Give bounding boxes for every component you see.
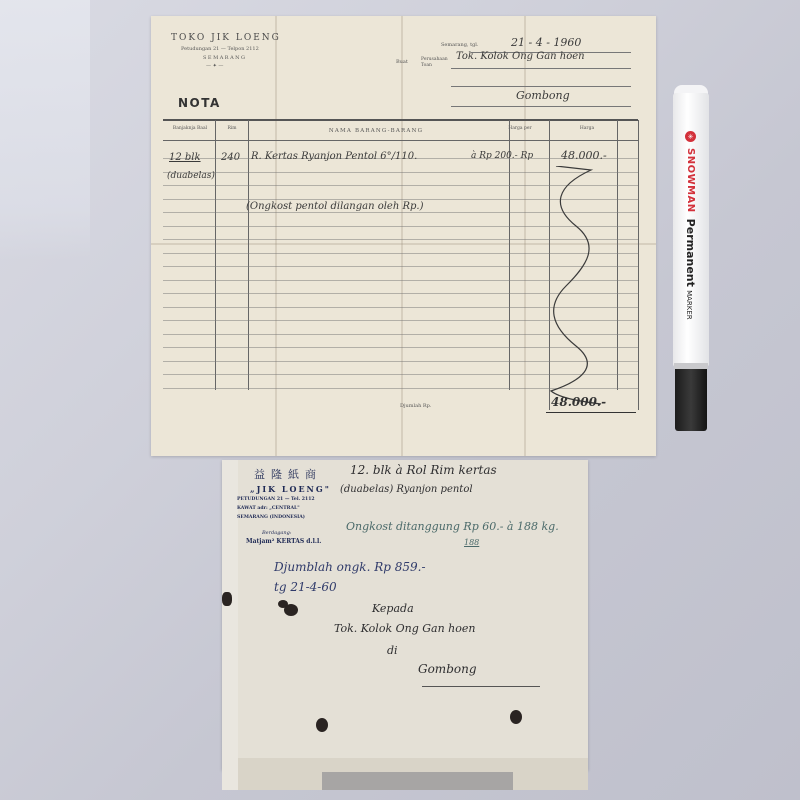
receipt-total-line: Djumblah ongk. Rp 859.-: [274, 560, 426, 574]
receipt-line-1: 12. blk à Rol Rim kertas: [350, 463, 497, 477]
receipt-recipient: Tok. Kolok Ong Gan hoen: [334, 622, 475, 635]
receipt-line-2: (duabelas) Ryanjon pentol: [340, 484, 473, 495]
shop-name: TOKO JIK LOENG: [171, 33, 281, 43]
receipt-line-3: Ongkost ditanggung Rp 60.- à 188 kg.: [346, 520, 559, 533]
receipt-left-fold: [222, 460, 238, 790]
marker-product: Permanent MARKER: [685, 219, 698, 320]
total-label-text: Djumlah Rp.: [400, 403, 431, 409]
date-value: 21 - 4 - 1960: [511, 36, 581, 49]
marker-cap: [675, 369, 707, 431]
marker-pen: ✳ SNOWMAN Permanent MARKER: [671, 85, 711, 433]
column-header-amount: Harga: [547, 126, 627, 132]
column-header-qty: Banjaknja Baal: [165, 126, 215, 132]
toan-label: Toan: [421, 63, 448, 69]
recipient-underline-2: [451, 86, 631, 87]
recipient-city: Gombong: [516, 89, 570, 102]
marker-type: MARKER: [686, 290, 694, 320]
row-amount: 48.000.-: [561, 149, 607, 162]
stamp-chinese-name: 益隆紙商: [254, 466, 322, 482]
row-description: R. Kertas Ryanjon Pentol 6°/110.: [251, 151, 417, 162]
receipt-city: Gombong: [418, 662, 477, 676]
column-header-rim: Rim: [217, 126, 247, 132]
row-rim: 240: [221, 152, 240, 163]
receipt-city-underline: [422, 686, 540, 687]
snowman-logo-icon: ✳: [686, 131, 697, 142]
fold-line: [401, 16, 403, 456]
recipient-name: Tok. Kolok Ong Gan hoen: [456, 51, 585, 62]
ink-blot: [284, 604, 298, 616]
total-label: Djumlah Rp.: [400, 403, 431, 409]
company-label: Perusahaan Toan: [421, 57, 448, 69]
stamp-city: SEMARANG (INDONESIA): [237, 515, 305, 520]
receipt-kepada: Kepada: [372, 602, 414, 615]
ditto-squiggle-line: [546, 166, 626, 406]
table-header-bottom-border: [163, 140, 638, 141]
column-divider: [215, 120, 216, 390]
column-divider: [638, 120, 639, 410]
marker-brand: SNOWMAN: [686, 148, 697, 213]
buat-label: Buat: [396, 59, 408, 65]
recipient-underline: [451, 68, 631, 69]
marker-product-name: Permanent: [685, 219, 698, 287]
shop-city: SEMARANG: [203, 55, 247, 61]
column-divider: [248, 120, 249, 390]
shop-ornament: — ✦ —: [206, 63, 223, 69]
receipt-torn-notch: [322, 772, 513, 790]
stamp-goods: Matjam² KERTAS d.l.l.: [246, 538, 321, 545]
stamp-shop-name: „JIK LOENG": [250, 484, 331, 494]
punch-hole: [316, 718, 328, 732]
recipient-underline-3: [451, 106, 631, 107]
receipt-date-line: tg 21-4-60: [274, 580, 337, 594]
receipt-slip: 益隆紙商 „JIK LOENG" PETUDUNGAN 21 — Tel. 21…: [222, 460, 588, 770]
stamp-telegram: KAWAT adr: „CENTRAL": [237, 506, 300, 511]
fold-line: [524, 16, 526, 456]
ink-blot: [222, 592, 232, 606]
invoice-title: NOTA: [178, 96, 221, 110]
stamp-address: PETUDUNGAN 21 — Tel. 2112: [237, 497, 315, 502]
row-qty: 12 blk: [169, 152, 201, 163]
row-note: (Ongkost pentol dilangan oleh Rp.): [246, 201, 423, 212]
stamp-trade-label: Berdagang:: [262, 530, 292, 536]
total-value: 48.000.-: [551, 395, 606, 409]
punch-hole: [510, 710, 522, 724]
fold-line: [275, 16, 277, 456]
shop-address: Petudungan 21 — Telpon 2112: [181, 46, 259, 52]
column-header-unit-price: Harga per: [507, 126, 533, 132]
receipt-di: di: [387, 644, 398, 657]
table-top-border: [163, 119, 638, 121]
column-header-item: NAMA BARANG-BARANG: [251, 128, 501, 134]
total-underline: [546, 412, 636, 413]
row-qty-note: (duabelas): [167, 171, 215, 181]
receipt-line-3b: 188: [464, 538, 479, 547]
invoice-sheet: TOKO JIK LOENG Petudungan 21 — Telpon 21…: [151, 16, 656, 456]
floor-highlight: [0, 0, 90, 260]
row-unit-price: à Rp 200.- Rp: [471, 151, 533, 161]
date-label: Semarang, tgl.: [441, 42, 478, 48]
